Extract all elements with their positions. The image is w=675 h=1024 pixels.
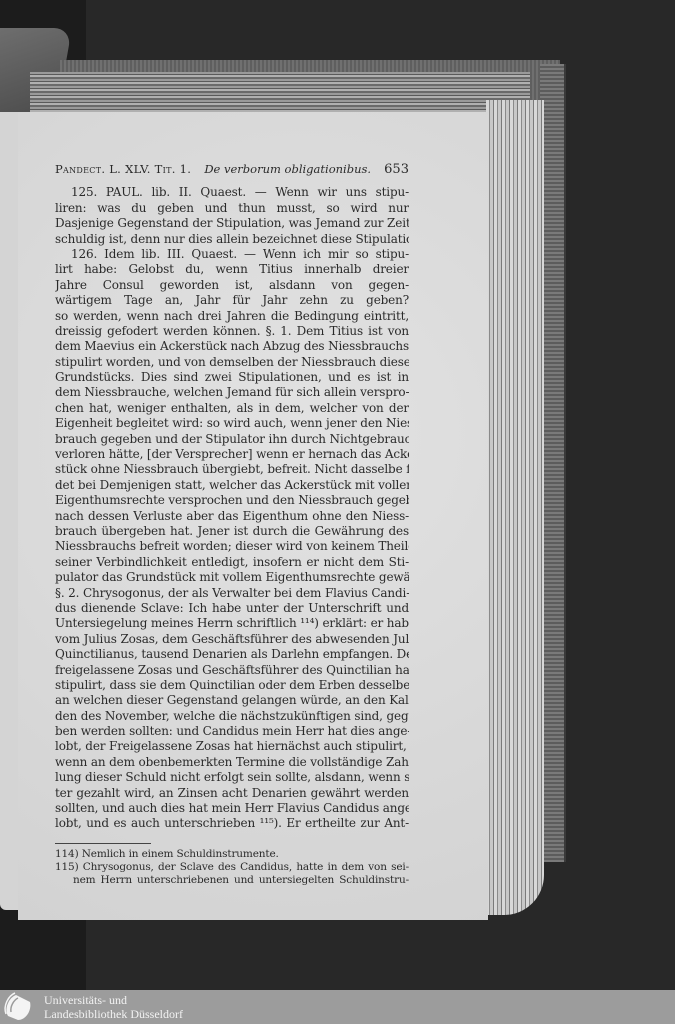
running-head-section: Pandect. L. XLV. Tit. 1. xyxy=(55,162,191,177)
text-line: den des November, welche die nächstzukün… xyxy=(55,709,409,724)
text-line: wärtigem Tage an, Jahr für Jahr zehn zu … xyxy=(55,293,409,308)
footnote-line: 114) Nemlich in einem Schuldinstrumente. xyxy=(55,848,409,861)
footnotes: 114) Nemlich in einem Schuldinstrumente.… xyxy=(55,848,409,887)
text-line: freigelassene Zosas und Geschäftsführer … xyxy=(55,663,409,678)
text-line: stück ohne Niessbrauch übergiebt, befrei… xyxy=(55,462,409,477)
text-line: stipulirt, dass sie dem Quinctilian oder… xyxy=(55,678,409,693)
text-line: lirt habe: Gelobst du, wenn Titius inner… xyxy=(55,262,409,277)
text-line: pulator das Grundstück mit vollem Eigent… xyxy=(55,570,409,585)
footnote-line: nem Herrn unterschriebenen und untersieg… xyxy=(55,874,409,887)
text-line: brauch übergeben hat. Jener ist durch di… xyxy=(55,524,409,539)
footnote-line: 115) Chrysogonus, der Sclave des Candidu… xyxy=(55,861,409,874)
text-line: Eigenthumsrechte versprochen und den Nie… xyxy=(55,493,409,508)
text-line: lobt, der Freigelassene Zosas hat hiernä… xyxy=(55,739,409,754)
book-logo-icon xyxy=(2,992,36,1022)
text-line: Eigenheit begleitet wird: so wird auch, … xyxy=(55,416,409,431)
text-line: det bei Demjenigen statt, welcher das Ac… xyxy=(55,478,409,493)
text-line: dem Maevius ein Ackerstück nach Abzug de… xyxy=(55,339,409,354)
book-page: Pandect. L. XLV. Tit. 1. De verborum obl… xyxy=(18,112,488,920)
text-line: seiner Verbindlichkeit entledigt, insofe… xyxy=(55,555,409,570)
text-line: vom Julius Zosas, dem Geschäftsführer de… xyxy=(55,632,409,647)
institution-name-line1: Universitäts- und xyxy=(44,993,183,1007)
footnote-rule xyxy=(55,843,151,844)
text-line: Untersiegelung meines Herrn schriftlich … xyxy=(55,616,409,631)
text-line: Quinctilianus, tausend Denarien als Darl… xyxy=(55,647,409,662)
text-line: brauch gegeben und der Stipulator ihn du… xyxy=(55,432,409,447)
text-line: lung dieser Schuld nicht erfolgt sein so… xyxy=(55,770,409,785)
text-line: Niessbrauchs befreit worden; dieser wird… xyxy=(55,539,409,554)
text-line: wenn an dem obenbemerkten Termine die vo… xyxy=(55,755,409,770)
body-text: 125. PAUL. lib. II. Quaest. — Wenn wir u… xyxy=(55,185,409,831)
text-line: ter gezahlt wird, an Zinsen acht Denarie… xyxy=(55,786,409,801)
facing-page-edge xyxy=(0,112,20,910)
text-line: Grundstücks. Dies sind zwei Stipulatione… xyxy=(55,370,409,385)
text-line: 126. Idem lib. III. Quaest. — Wenn ich m… xyxy=(55,247,409,262)
text-line: dus dienende Sclave: Ich habe unter der … xyxy=(55,601,409,616)
text-line: sollten, und auch dies hat mein Herr Fla… xyxy=(55,801,409,816)
text-line: ben werden sollten: und Candidus mein He… xyxy=(55,724,409,739)
institution-name-line2: Landesbibliothek Düsseldorf xyxy=(44,1007,183,1021)
text-line: stipulirt worden, und von demselben der … xyxy=(55,355,409,370)
text-line: dem Niessbrauche, welchen Jemand für sic… xyxy=(55,385,409,400)
page-text-block: Pandect. L. XLV. Tit. 1. De verborum obl… xyxy=(55,162,409,887)
text-line: §. 2. Chrysogonus, der als Verwalter bei… xyxy=(55,586,409,601)
text-line: verloren hätte, [der Versprecher] wenn e… xyxy=(55,447,409,462)
text-line: Jahre Consul geworden ist, alsdann von g… xyxy=(55,278,409,293)
text-line: 125. PAUL. lib. II. Quaest. — Wenn wir u… xyxy=(55,185,409,200)
text-line: lobt, und es auch unterschrieben ¹¹⁵). E… xyxy=(55,816,409,831)
page-number: 653 xyxy=(384,162,409,177)
text-line: schuldig ist, denn nur dies allein bezei… xyxy=(55,232,409,247)
text-line: dreissig gefodert werden können. §. 1. D… xyxy=(55,324,409,339)
library-footer: Universitäts- und Landesbibliothek Düsse… xyxy=(0,990,675,1024)
text-line: Dasjenige Gegenstand der Stipulation, wa… xyxy=(55,216,409,231)
text-line: nach dessen Verluste aber das Eigenthum … xyxy=(55,509,409,524)
running-head: Pandect. L. XLV. Tit. 1. De verborum obl… xyxy=(55,162,409,177)
running-head-title: De verborum obligationibus. xyxy=(204,162,371,177)
text-line: so werden, wenn nach drei Jahren die Bed… xyxy=(55,309,409,324)
text-line: an welchen dieser Gegenstand gelangen wü… xyxy=(55,693,409,708)
page-edges-right xyxy=(486,100,544,915)
text-line: liren: was du geben und thun musst, so w… xyxy=(55,201,409,216)
text-line: chen hat, weniger enthalten, als in dem,… xyxy=(55,401,409,416)
page-edges-top xyxy=(30,72,530,116)
